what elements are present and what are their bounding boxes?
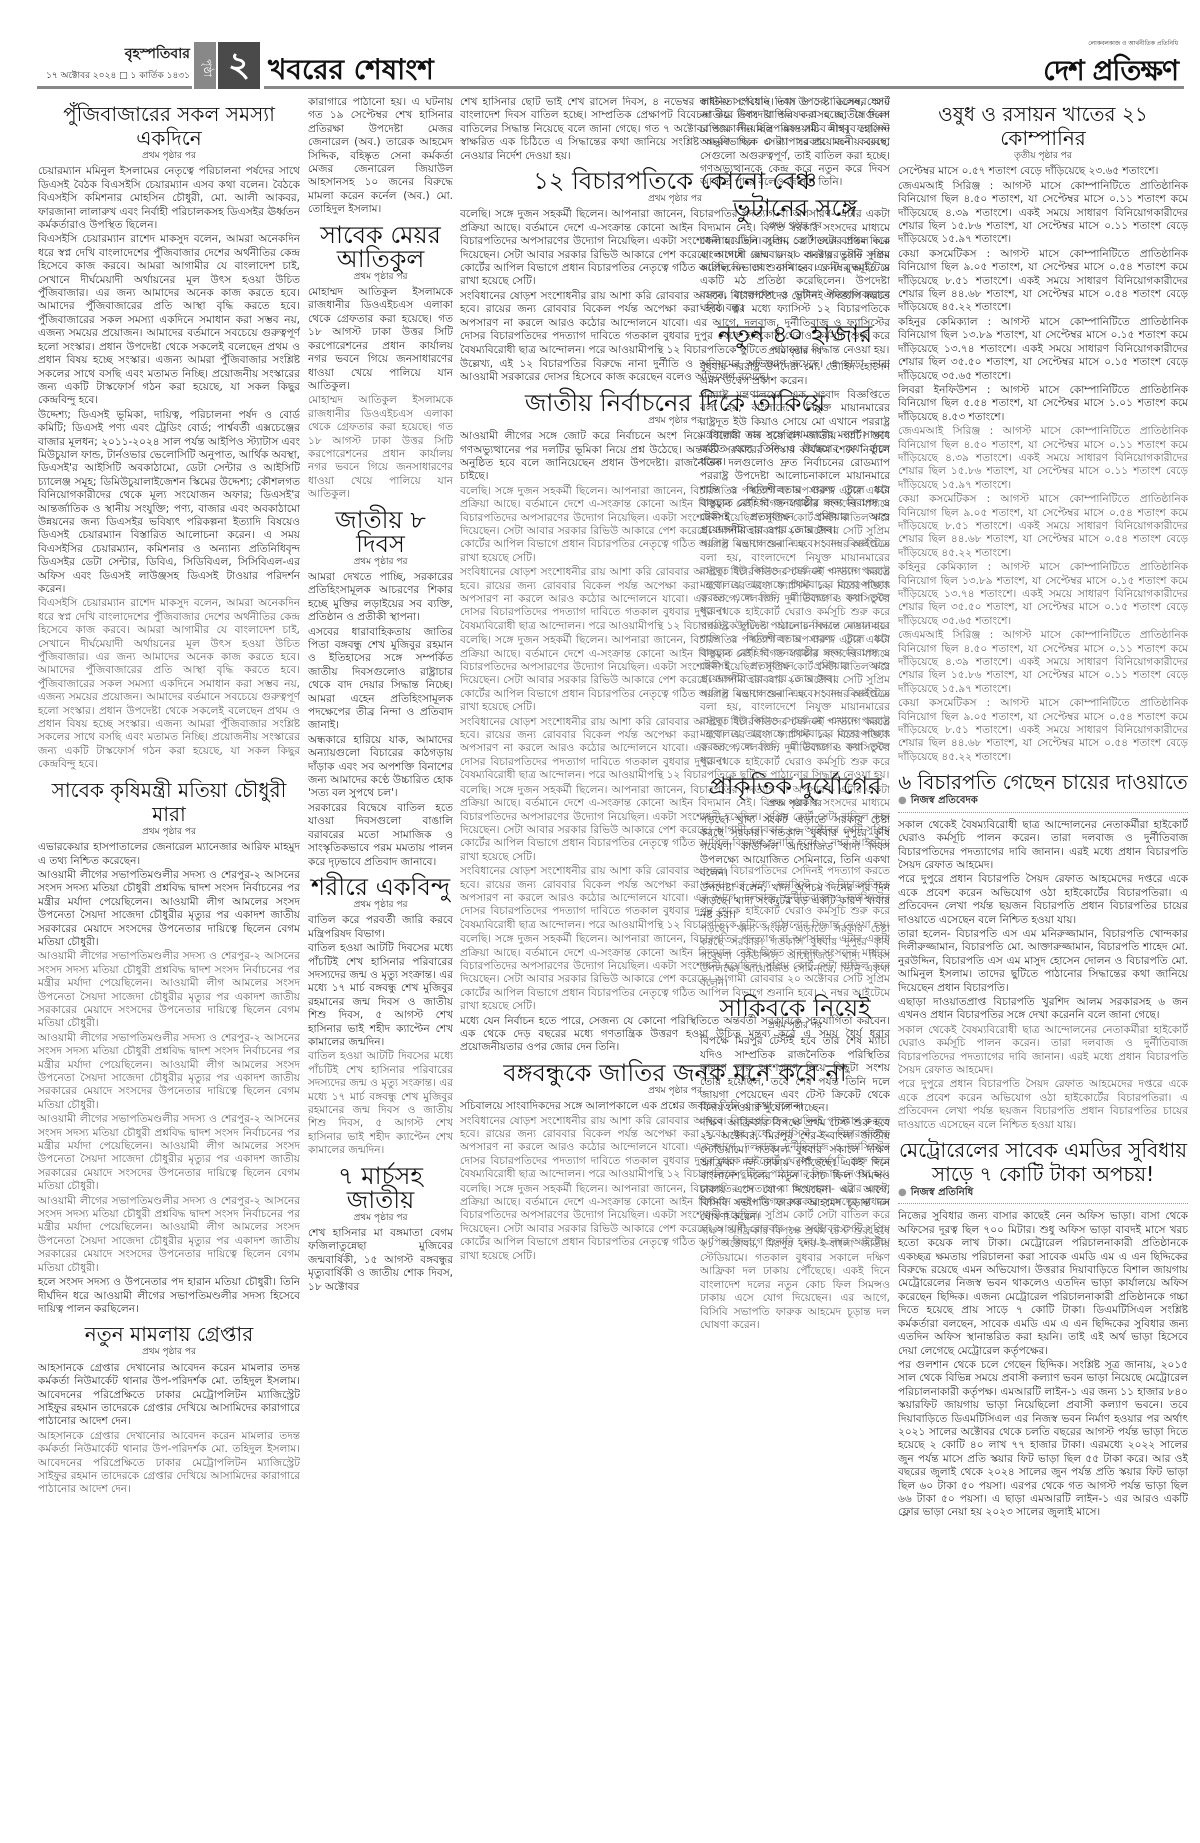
paragraph: মোহাম্মদ আতিকুল ইসলামকে রাজধানীর ডিওএইচএ…: [308, 286, 453, 393]
paragraph: আহসানকে গ্রেপ্তার দেখানোর আবেদন করেন মাম…: [38, 1362, 300, 1429]
article-pharma-21-companies: ওষুধ ও রসায়ন খাতের ২১ কোম্পানির তৃতীয় …: [898, 102, 1188, 764]
paragraph: কহিনুর কেমিক্যাল : আগস্ট মাসে কোম্পানিটি…: [898, 316, 1188, 383]
paragraph: পররাষ্ট্র উপদেষ্টা আলোচনাকালে মায়ানমারে…: [700, 620, 890, 687]
page-label: পৃষ্ঠা: [194, 42, 216, 89]
column-2: কারাগারে পাঠানো হয়। এ ঘটনায় গত ১৯ সেপ্…: [308, 96, 453, 1841]
paragraph: শেখ হাসিনার মা বঙ্গমাতা বেগম ফজিলাতুন্নে…: [308, 1227, 453, 1294]
paragraph: বাতিল হওয়া আটটি দিবসের মধ্যে পাঁচটিই শে…: [308, 942, 453, 1049]
article-new-40-thousand: নতুন ৪০ হাজার প্রথম পৃষ্ঠার পর বুধবার পর…: [700, 322, 890, 769]
paragraph: আওয়ামী লীগের সভাপতিমণ্ডলীর সদস্য ও শেরপ…: [38, 950, 300, 1030]
paragraph: আহসানকে গ্রেপ্তার দেখানোর আবেদন করেন মাম…: [38, 1430, 300, 1497]
headline: জাতীয় ৮ দিবস: [308, 508, 453, 556]
paragraph: কেয়া কসমেটিকস : আগস্ট মাসে কোম্পানিটিতে…: [898, 493, 1188, 560]
paragraph: কহিনুর কেমিক্যাল : আগস্ট মাসে কোম্পানিটি…: [898, 561, 1188, 628]
column-1: পুঁজিবাজারের সকল সমস্যা একদিনে প্রথম পৃষ…: [38, 96, 300, 1841]
paragraph: আওয়ামী লীগের সভাপতিমণ্ডলীর সদস্য ও শেরপ…: [38, 1195, 300, 1275]
article-one-drop: শরীরে একবিন্দু প্রথম পৃষ্ঠার পর বাতিল কর…: [308, 875, 453, 1158]
continued-note: প্রথম পৃষ্ঠার পর: [308, 271, 453, 284]
paragraph: লিবরা ইনফিউশন : আগস্ট মাসে কোম্পানিটিতে …: [898, 384, 1188, 424]
paragraph: পররাষ্ট্র মন্ত্রণালয়ের এক সংবাদ বিজ্ঞপ্…: [700, 688, 890, 768]
article-matia-chowdhury: সাবেক কৃষিমন্ত্রী মতিয়া চৌধুরী মারা প্র…: [38, 778, 300, 1317]
paragraph: অন্ধকারে হারিয়ে যাক, আমাদের অন্যায়গুলো…: [308, 734, 453, 801]
paragraph: পড়ছে। খাদ্য সংকট এড়াতে সরকার চেষ্টা কর…: [700, 814, 890, 881]
headline: পুঁজিবাজারের সকল সমস্যা একদিনে: [38, 102, 300, 150]
byline: নিজস্ব প্রতিনিধি: [898, 1186, 1188, 1204]
article-capital-market: পুঁজিবাজারের সকল সমস্যা একদিনে প্রথম পৃষ…: [38, 102, 300, 772]
article-shakib: সাকিবকে নিয়েই প্রথম পৃষ্ঠার পর বিপক্ষে …: [700, 996, 890, 1332]
paragraph: কেয়া কসমেটিকস : আগস্ট মাসে কোম্পানিটিতে…: [898, 248, 1188, 315]
paragraph: সরকারের বিদ্বেষে বাতিল হতে যাওয়া দিবসগু…: [308, 802, 453, 869]
paragraph: উপদেষ্টা বলেন, খাদ্য অপচয় দিনের পর দিন …: [700, 882, 890, 922]
paragraph: তারা হলেন- বিচারপতি এস এম মনিরুজ্জামান, …: [898, 928, 1188, 995]
paragraph: পরে দুপুরে প্রধান বিচারপতি সৈয়দ রেফাত আ…: [898, 1078, 1188, 1132]
paragraph: বাতিল করে পরবর্তী জারি করবে মন্ত্রিপরিষদ…: [308, 914, 453, 941]
article-national-8-days: জাতীয় ৮ দিবস প্রথম পৃষ্ঠার পর আমরা দেখত…: [308, 508, 453, 869]
headline: নতুন ৪০ হাজার: [700, 322, 890, 346]
article-bhutan: ভুটানের সঙ্গে প্রথম পৃষ্ঠার পর জেলায়। ত…: [700, 196, 890, 316]
column-4: স্বাধীনতা পেয়েছি। তথ্য উপদেষ্টা বলেন, য…: [700, 96, 890, 1841]
paragraph: এসবের ধারাবাহিকতায় জাতির পিতা বঙ্গবন্ধু…: [308, 626, 453, 733]
headline: প্রাকৃতিক দুর্যোগের: [700, 774, 890, 798]
paragraph: দক্ষিণ আফ্রিকার বিপক্ষে প্রথম টেস্ট শুরু…: [700, 1117, 890, 1224]
headline: মেট্রোরেলের সাবেক এমডির সুবিধায় সাড়ে ৭…: [898, 1138, 1188, 1186]
paragraph: স্বাধীনতা পেয়েছি। তথ্য উপদেষ্টা বলেন, য…: [700, 96, 890, 190]
headline: সাবেক কৃষিমন্ত্রী মতিয়া চৌধুরী মারা: [38, 778, 300, 826]
column-5: ওষুধ ও রসায়ন খাতের ২১ কোম্পানির তৃতীয় …: [898, 96, 1188, 1841]
article-former-mayor-atiqul: সাবেক মেয়র আতিকুল প্রথম পৃষ্ঠার পর মোহা…: [308, 223, 453, 502]
headline: ওষুধ ও রসায়ন খাতের ২১ কোম্পানির: [898, 102, 1188, 150]
continued-note: প্রথম পৃষ্ঠার পর: [700, 1020, 890, 1033]
paragraph: এভারকেয়ার হাসপাতালের জেনারেল ম্যানেজার …: [38, 841, 300, 868]
paragraph: নিজের সুবিধার জন্য বাসার কাছেই নেন অফিস …: [898, 1210, 1188, 1357]
headline: নতুন মামলায় গ্রেপ্তার: [38, 1322, 300, 1346]
continued-note: প্রথম পৃষ্ঠার পর: [308, 1212, 453, 1225]
paragraph: জেএমআই সিরিঞ্জ : আগস্ট মাসে কোম্পানিটিতে…: [898, 629, 1188, 696]
paragraph: সকাল থেকেই বৈষম্যবিরোধী ছাত্র আন্দোলনের …: [898, 1024, 1188, 1078]
paragraph: বুধবার পররাষ্ট্র উপদেষ্টা মো. তৌহিদ হোসে…: [700, 361, 890, 388]
article-6-justices-tea: ৬ বিচারপতি গেছেন চায়ের দাওয়াতে নিজস্ব …: [898, 770, 1188, 1132]
paragraph: বাতিল হওয়া আটটি দিবসের মধ্যে পাঁচটিই শে…: [308, 1050, 453, 1157]
paragraph: দক্ষিণ আফ্রিকার বিপক্ষে প্রথম টেস্ট শুরু…: [700, 1225, 890, 1332]
paragraph: পড়ছে। খাদ্য সংকট এড়াতে সরকার চেষ্টা কর…: [700, 923, 890, 990]
article-metrorail-md: মেট্রোরেলের সাবেক এমডির সুবিধায় সাড়ে ৭…: [898, 1138, 1188, 1520]
paragraph: আওয়ামী লীগের সভাপতিমণ্ডলীর সদস্য ও শেরপ…: [38, 869, 300, 949]
paragraph: পররাষ্ট্র উপদেষ্টা আলোচনাকালে মায়ানমারে…: [700, 470, 890, 537]
paragraph: পর গুলশান থেকে চলে গেছেন ছিদ্দিক। সংশ্লি…: [898, 1359, 1188, 1520]
continued-note: প্রথম পৃষ্ঠার পর: [38, 1346, 300, 1359]
paragraph: জেএমআই সিরিঞ্জ : আগস্ট মাসে কোম্পানিটিতে…: [898, 180, 1188, 247]
paragraph: জেএমআই সিরিঞ্জ : আগস্ট মাসে কোম্পানিটিতে…: [898, 425, 1188, 492]
header-rule-left: [37, 86, 192, 89]
article-new-case-arrest: নতুন মামলায় গ্রেপ্তার প্রথম পৃষ্ঠার পর …: [38, 1322, 300, 1496]
headline: ৬ বিচারপতি গেছেন চায়ের দাওয়াতে: [898, 770, 1188, 794]
page-number: ২: [218, 42, 260, 89]
date-line: ১৭ অক্টোবর ২০২৪ □ ১ কার্তিক ১৪৩১: [40, 68, 190, 83]
continued-note: তৃতীয় পৃষ্ঠার পর: [898, 150, 1188, 163]
paragraph: মোহাম্মদ আতিকুল ইসলামকে রাজধানীর ডিওএইচএ…: [308, 394, 453, 501]
continued-note: প্রথম পৃষ্ঠার পর: [700, 798, 890, 811]
continued-note: প্রথম পৃষ্ঠার পর: [38, 150, 300, 163]
newspaper-logo: লোকবলকাজ ও আর্থনীতিক প্রতিনিধি দেশ প্রতি…: [1043, 38, 1178, 96]
continued-note: প্রথম পৃষ্ঠার পর: [700, 220, 890, 233]
weekday: বৃহস্পতিবার: [40, 42, 190, 66]
continued-note: প্রথম পৃষ্ঠার পর: [38, 826, 300, 839]
headline: ভুটানের সঙ্গে: [700, 196, 890, 220]
masthead: বৃহস্পতিবার ১৭ অক্টোবর ২০২৪ □ ১ কার্তিক …: [0, 0, 1200, 90]
paragraph: বিএসইসি চেয়ারম্যান রাশেদ মাকসুদ বলেন, আ…: [38, 233, 300, 407]
paragraph: বিপক্ষে মিরপুর টেস্টই হবে তার শেষ ম্যাচ।…: [700, 1035, 890, 1115]
article-7-march: ৭ মার্চসহ জাতীয় প্রথম পৃষ্ঠার পর শেখ হা…: [308, 1164, 453, 1294]
headline: সাবেক মেয়র আতিকুল: [308, 223, 453, 271]
brand-name: দেশ প্রতিক্ষণ: [1043, 49, 1178, 96]
paragraph: আওয়ামী লীগের সভাপতিমণ্ডলীর সদস্য ও শেরপ…: [38, 1032, 300, 1112]
date-block: বৃহস্পতিবার ১৭ অক্টোবর ২০২৪ □ ১ কার্তিক …: [40, 42, 190, 83]
paragraph: এছাড়া দাওয়াতপ্রাপ্ত বিচারপতি খুরশিদ আল…: [898, 996, 1188, 1023]
paragraph: বিএসইসি চেয়ারম্যান রাশেদ মাকসুদ বলেন, আ…: [38, 597, 300, 771]
paragraph: আমরা দেখতে পাচ্ছি, সরকারের প্রতিহিংসামূল…: [308, 571, 453, 625]
headline: সাকিবকে নিয়েই: [700, 996, 890, 1020]
byline: নিজস্ব প্রতিবেদক: [898, 794, 1188, 812]
paragraph: পরে দুপুরে প্রধান বিচারপতি সৈয়দ রেফাত আ…: [898, 873, 1188, 927]
paragraph: পররাষ্ট্র মন্ত্রণালয়ের এক সংবাদ বিজ্ঞপ্…: [700, 389, 890, 469]
paragraph: উদ্দেশ্য; ডিএসই ভূমিকা, দায়িত্ব, পরিচাল…: [38, 409, 300, 597]
paragraph: কেয়া কসমেটিকস : আগস্ট মাসে কোম্পানিটিতে…: [898, 697, 1188, 764]
paragraph: সকাল থেকেই বৈষম্যবিরোধী ছাত্র আন্দোলনের …: [898, 819, 1188, 873]
paragraph: জেলায়। তিনি বলেন, ১৫ শতকের প্রথম দিকে ব…: [700, 235, 890, 315]
paragraph: হলে সংসদ সদস্য ও উপনেতার পদ হারান মতিয়া…: [38, 1276, 300, 1316]
headline: শরীরে একবিন্দু: [308, 875, 453, 899]
paragraph: আওয়ামী লীগের সভাপতিমণ্ডলীর সদস্য ও শেরপ…: [38, 1113, 300, 1193]
article-natural-disaster: প্রাকৃতিক দুর্যোগের প্রথম পৃষ্ঠার পর পড়…: [700, 774, 890, 990]
continued-note: প্রথম পৃষ্ঠার পর: [308, 556, 453, 569]
paragraph: সেপ্টেম্বর মাসে ০.৫৭ শতাংশ বেড়ে দাঁড়িয…: [898, 165, 1188, 178]
brand-tagline: লোকবলকাজ ও আর্থনীতিক প্রতিনিধি: [1043, 38, 1178, 49]
paragraph: কারাগারে পাঠানো হয়। এ ঘটনায় গত ১৯ সেপ্…: [308, 96, 453, 217]
headline: ৭ মার্চসহ জাতীয়: [308, 1164, 453, 1212]
paragraph: পররাষ্ট্র মন্ত্রণালয়ের এক সংবাদ বিজ্ঞপ্…: [700, 538, 890, 618]
paragraph: চেয়ারম্যান মমিনুল ইসলামের নেতৃত্বে পরিচ…: [38, 165, 300, 232]
